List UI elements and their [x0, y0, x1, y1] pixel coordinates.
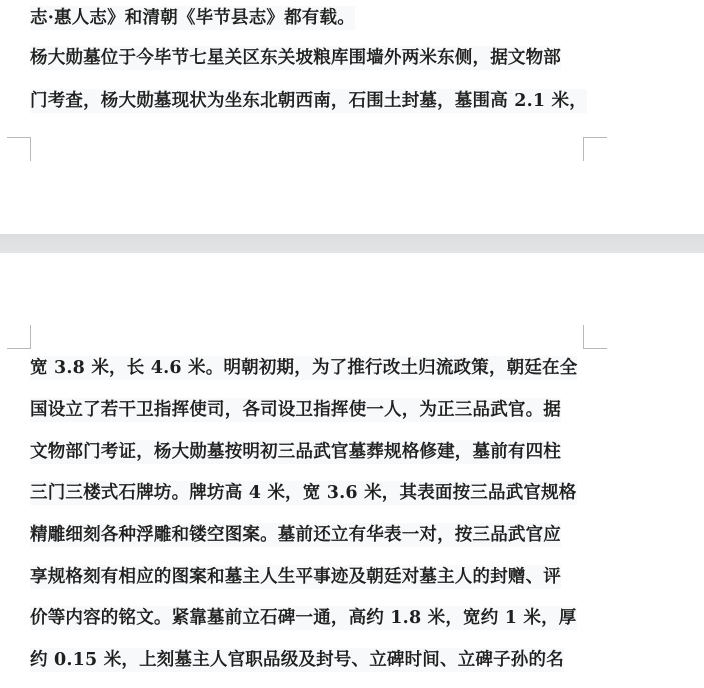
text-line[interactable]: 杨大勋墓位于今毕节七星关区东关坡粮库围墙外两米东侧，据文物部: [30, 46, 561, 70]
page-separator: [0, 234, 704, 253]
page-margin-corner-mark: [7, 325, 31, 349]
document-viewport[interactable]: 志·惠人志》和清朝《毕节县志》都有载。 杨大勋墓位于今毕节七星关区东关坡粮库围墙…: [0, 0, 704, 688]
document-page-2[interactable]: 宽 3.8 米，长 4.6 米。明朝初期，为了推行改土归流政策，朝廷在全 国设立…: [0, 253, 704, 688]
text-line[interactable]: 价等内容的铭文。紧靠墓前立石碑一通，高约 1.8 米，宽约 1 米，厚: [30, 606, 577, 630]
text-line[interactable]: 志·惠人志》和清朝《毕节县志》都有载。: [30, 6, 355, 30]
page-margin-corner-mark: [7, 137, 31, 161]
text-line[interactable]: 门考查，杨大勋墓现状为坐东北朝西南，石围土封墓，墓围高 2.1 米，: [30, 89, 587, 113]
page-margin-corner-mark: [583, 137, 607, 161]
text-line[interactable]: 精雕细刻各种浮雕和镂空图案。墓前还立有华表一对，按三品武官应: [30, 523, 561, 547]
text-line[interactable]: 宽 3.8 米，长 4.6 米。明朝初期，为了推行改土归流政策，朝廷在全: [30, 356, 577, 380]
text-line[interactable]: 文物部门考证，杨大勋墓按明初三品武官墓葬规格修建，墓前有四柱: [30, 440, 561, 464]
text-line[interactable]: 享规格刻有相应的图案和墓主人生平事迹及朝廷对墓主人的封赠、评: [30, 565, 561, 589]
text-line[interactable]: 国设立了若干卫指挥使司，各司设卫指挥使一人，为正三品武官。据: [30, 398, 561, 422]
document-page-1[interactable]: 志·惠人志》和清朝《毕节县志》都有载。 杨大勋墓位于今毕节七星关区东关坡粮库围墙…: [0, 0, 704, 234]
page-margin-corner-mark: [583, 325, 607, 349]
text-line[interactable]: 三门三楼式石牌坊。牌坊高 4 米，宽 3.6 米，其表面按三品武官规格: [30, 481, 577, 505]
text-line[interactable]: 约 0.15 米，上刻墓主人官职品级及封号、立碑时间、立碑子孙的名: [30, 648, 564, 672]
